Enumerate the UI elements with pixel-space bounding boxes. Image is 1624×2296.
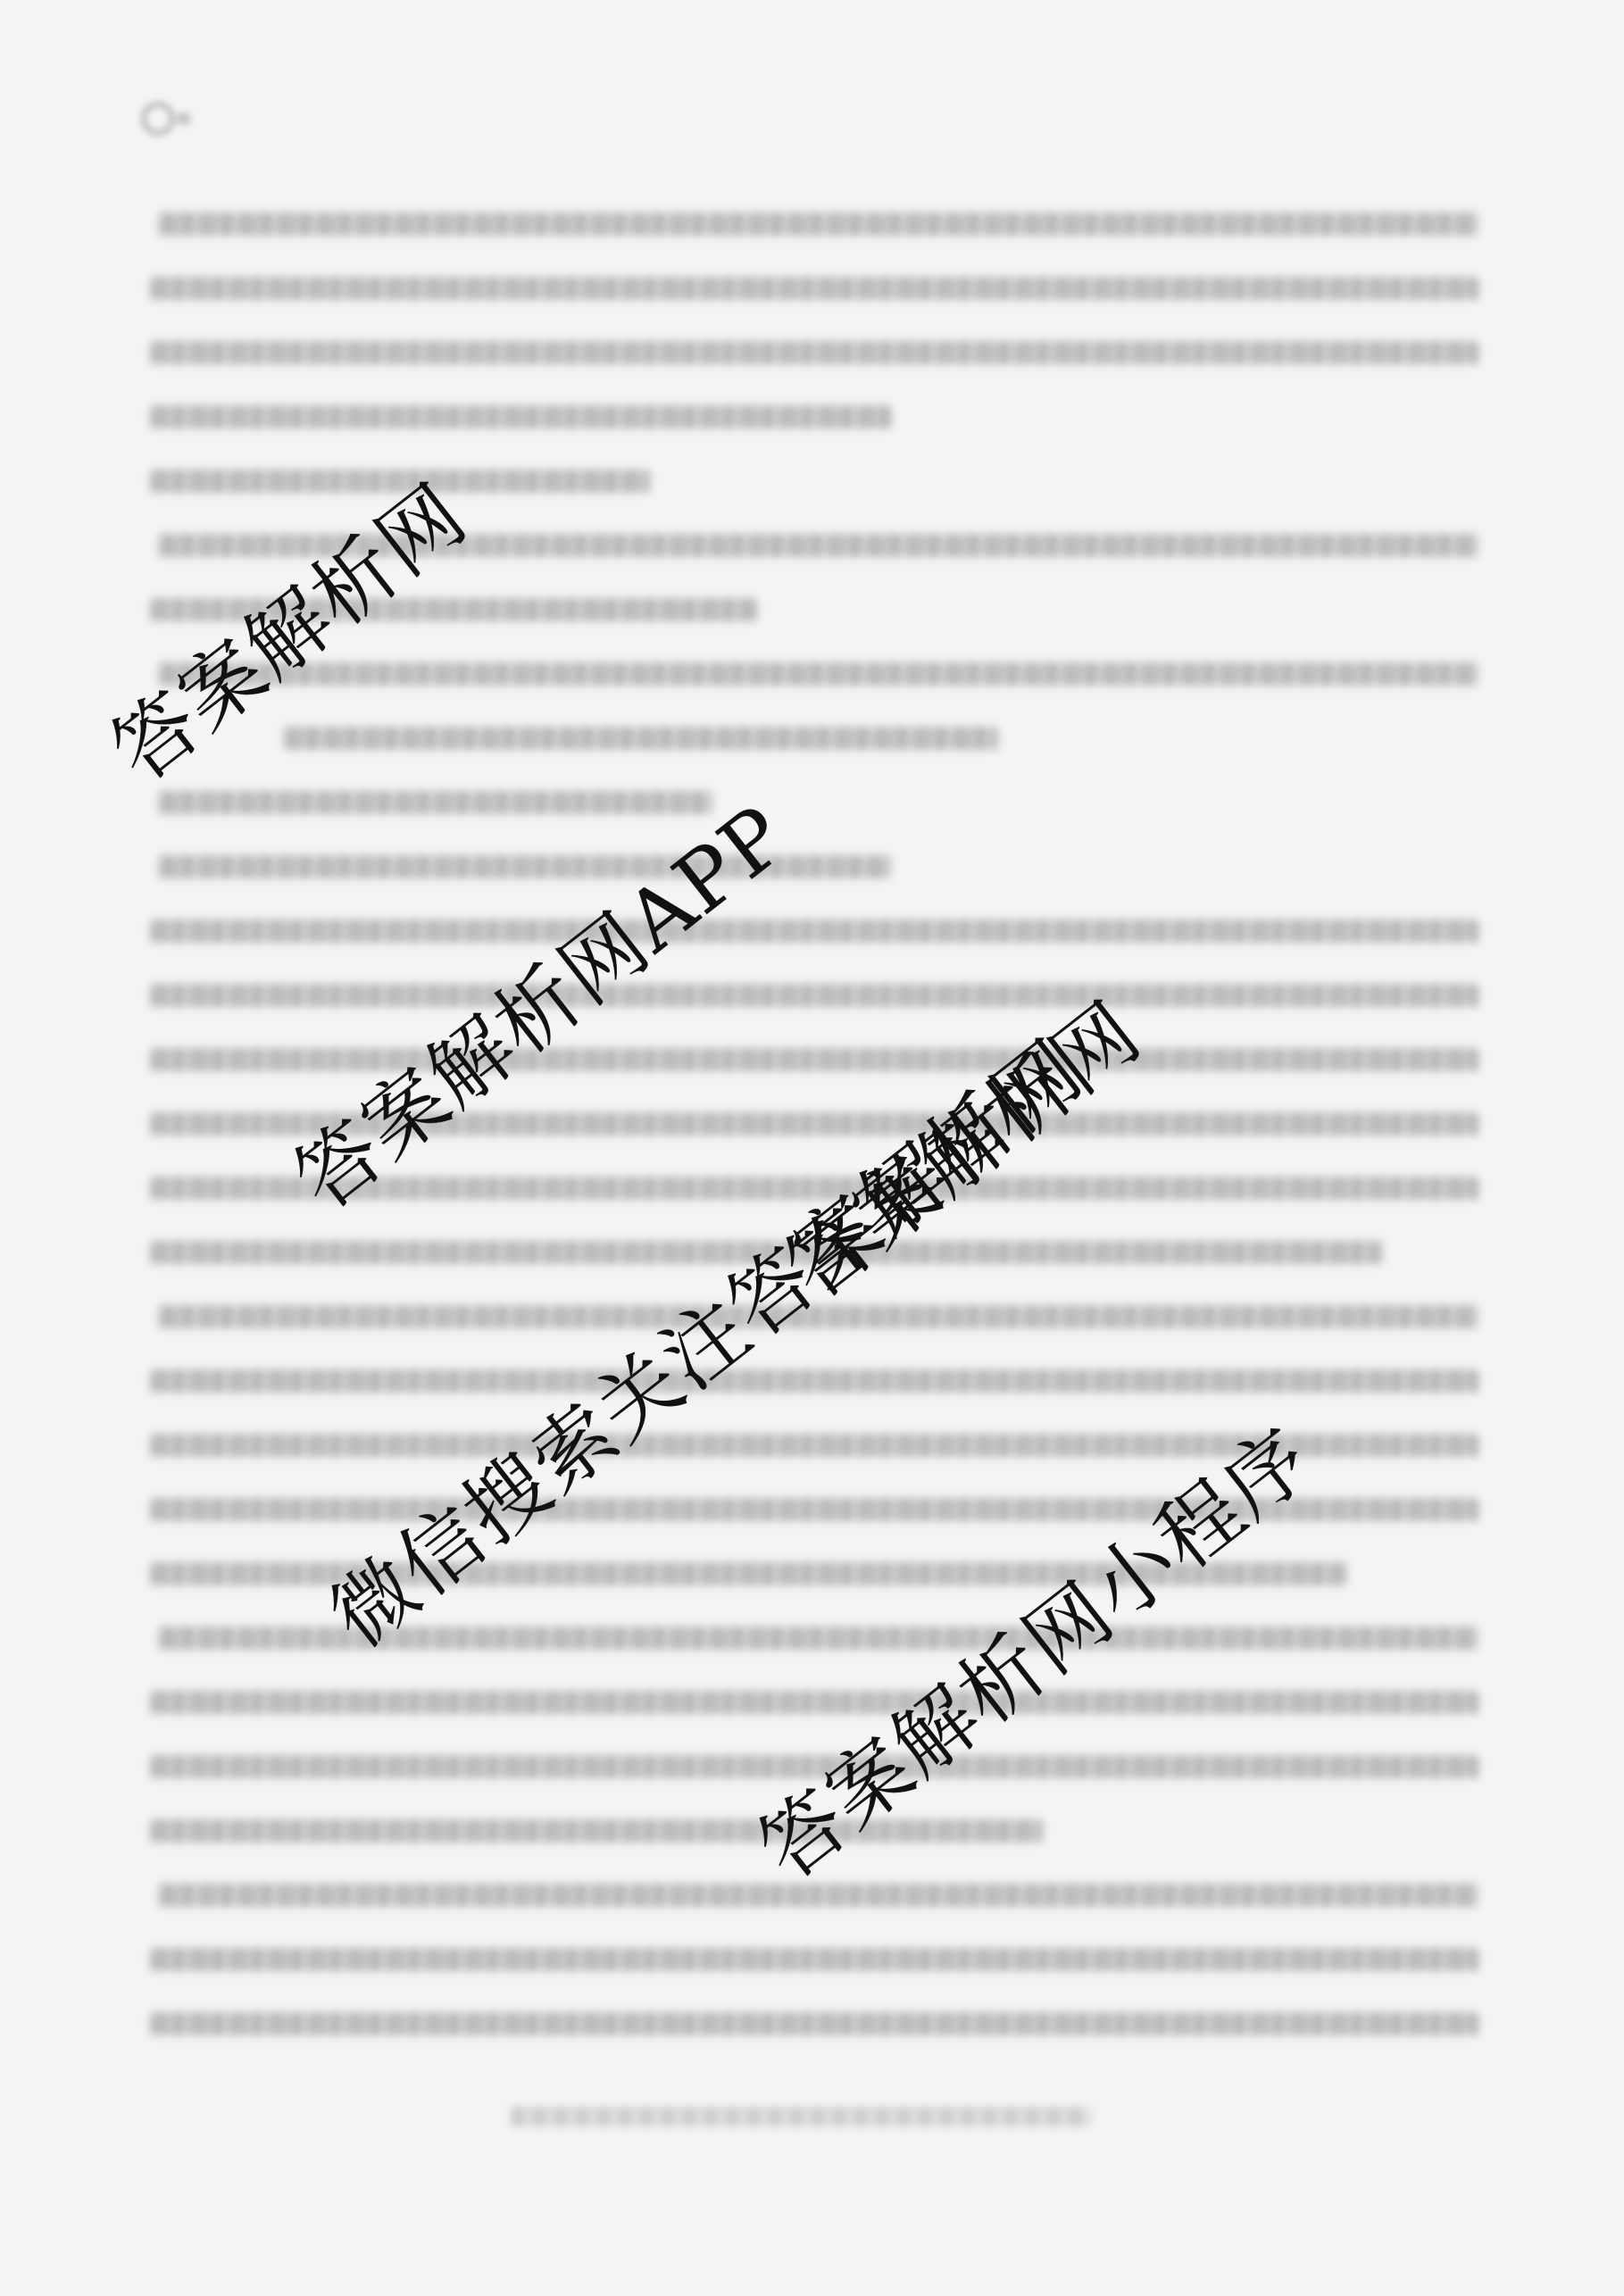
- blurred-text-line: [150, 1048, 1478, 1071]
- blurred-text-line: [150, 2012, 1478, 2035]
- blurred-text-line: [150, 919, 1478, 943]
- blurred-text-line: [150, 1369, 1478, 1393]
- blurred-text-line: [150, 277, 1478, 300]
- blurred-document-body: [0, 0, 1624, 2296]
- blurred-text-line: [150, 1819, 1043, 1843]
- blurred-text-line: [150, 984, 1478, 1007]
- blurred-text-line: [150, 341, 1478, 364]
- blurred-text-line: [159, 662, 1478, 686]
- page-footer: [511, 2107, 1091, 2126]
- blurred-text-line: [150, 405, 891, 428]
- blurred-text-line: [284, 727, 998, 750]
- blurred-text-line: [159, 212, 1478, 236]
- blurred-text-line: [159, 791, 712, 814]
- blurred-text-line: [150, 1948, 1478, 1971]
- blurred-text-line: [150, 1691, 1478, 1714]
